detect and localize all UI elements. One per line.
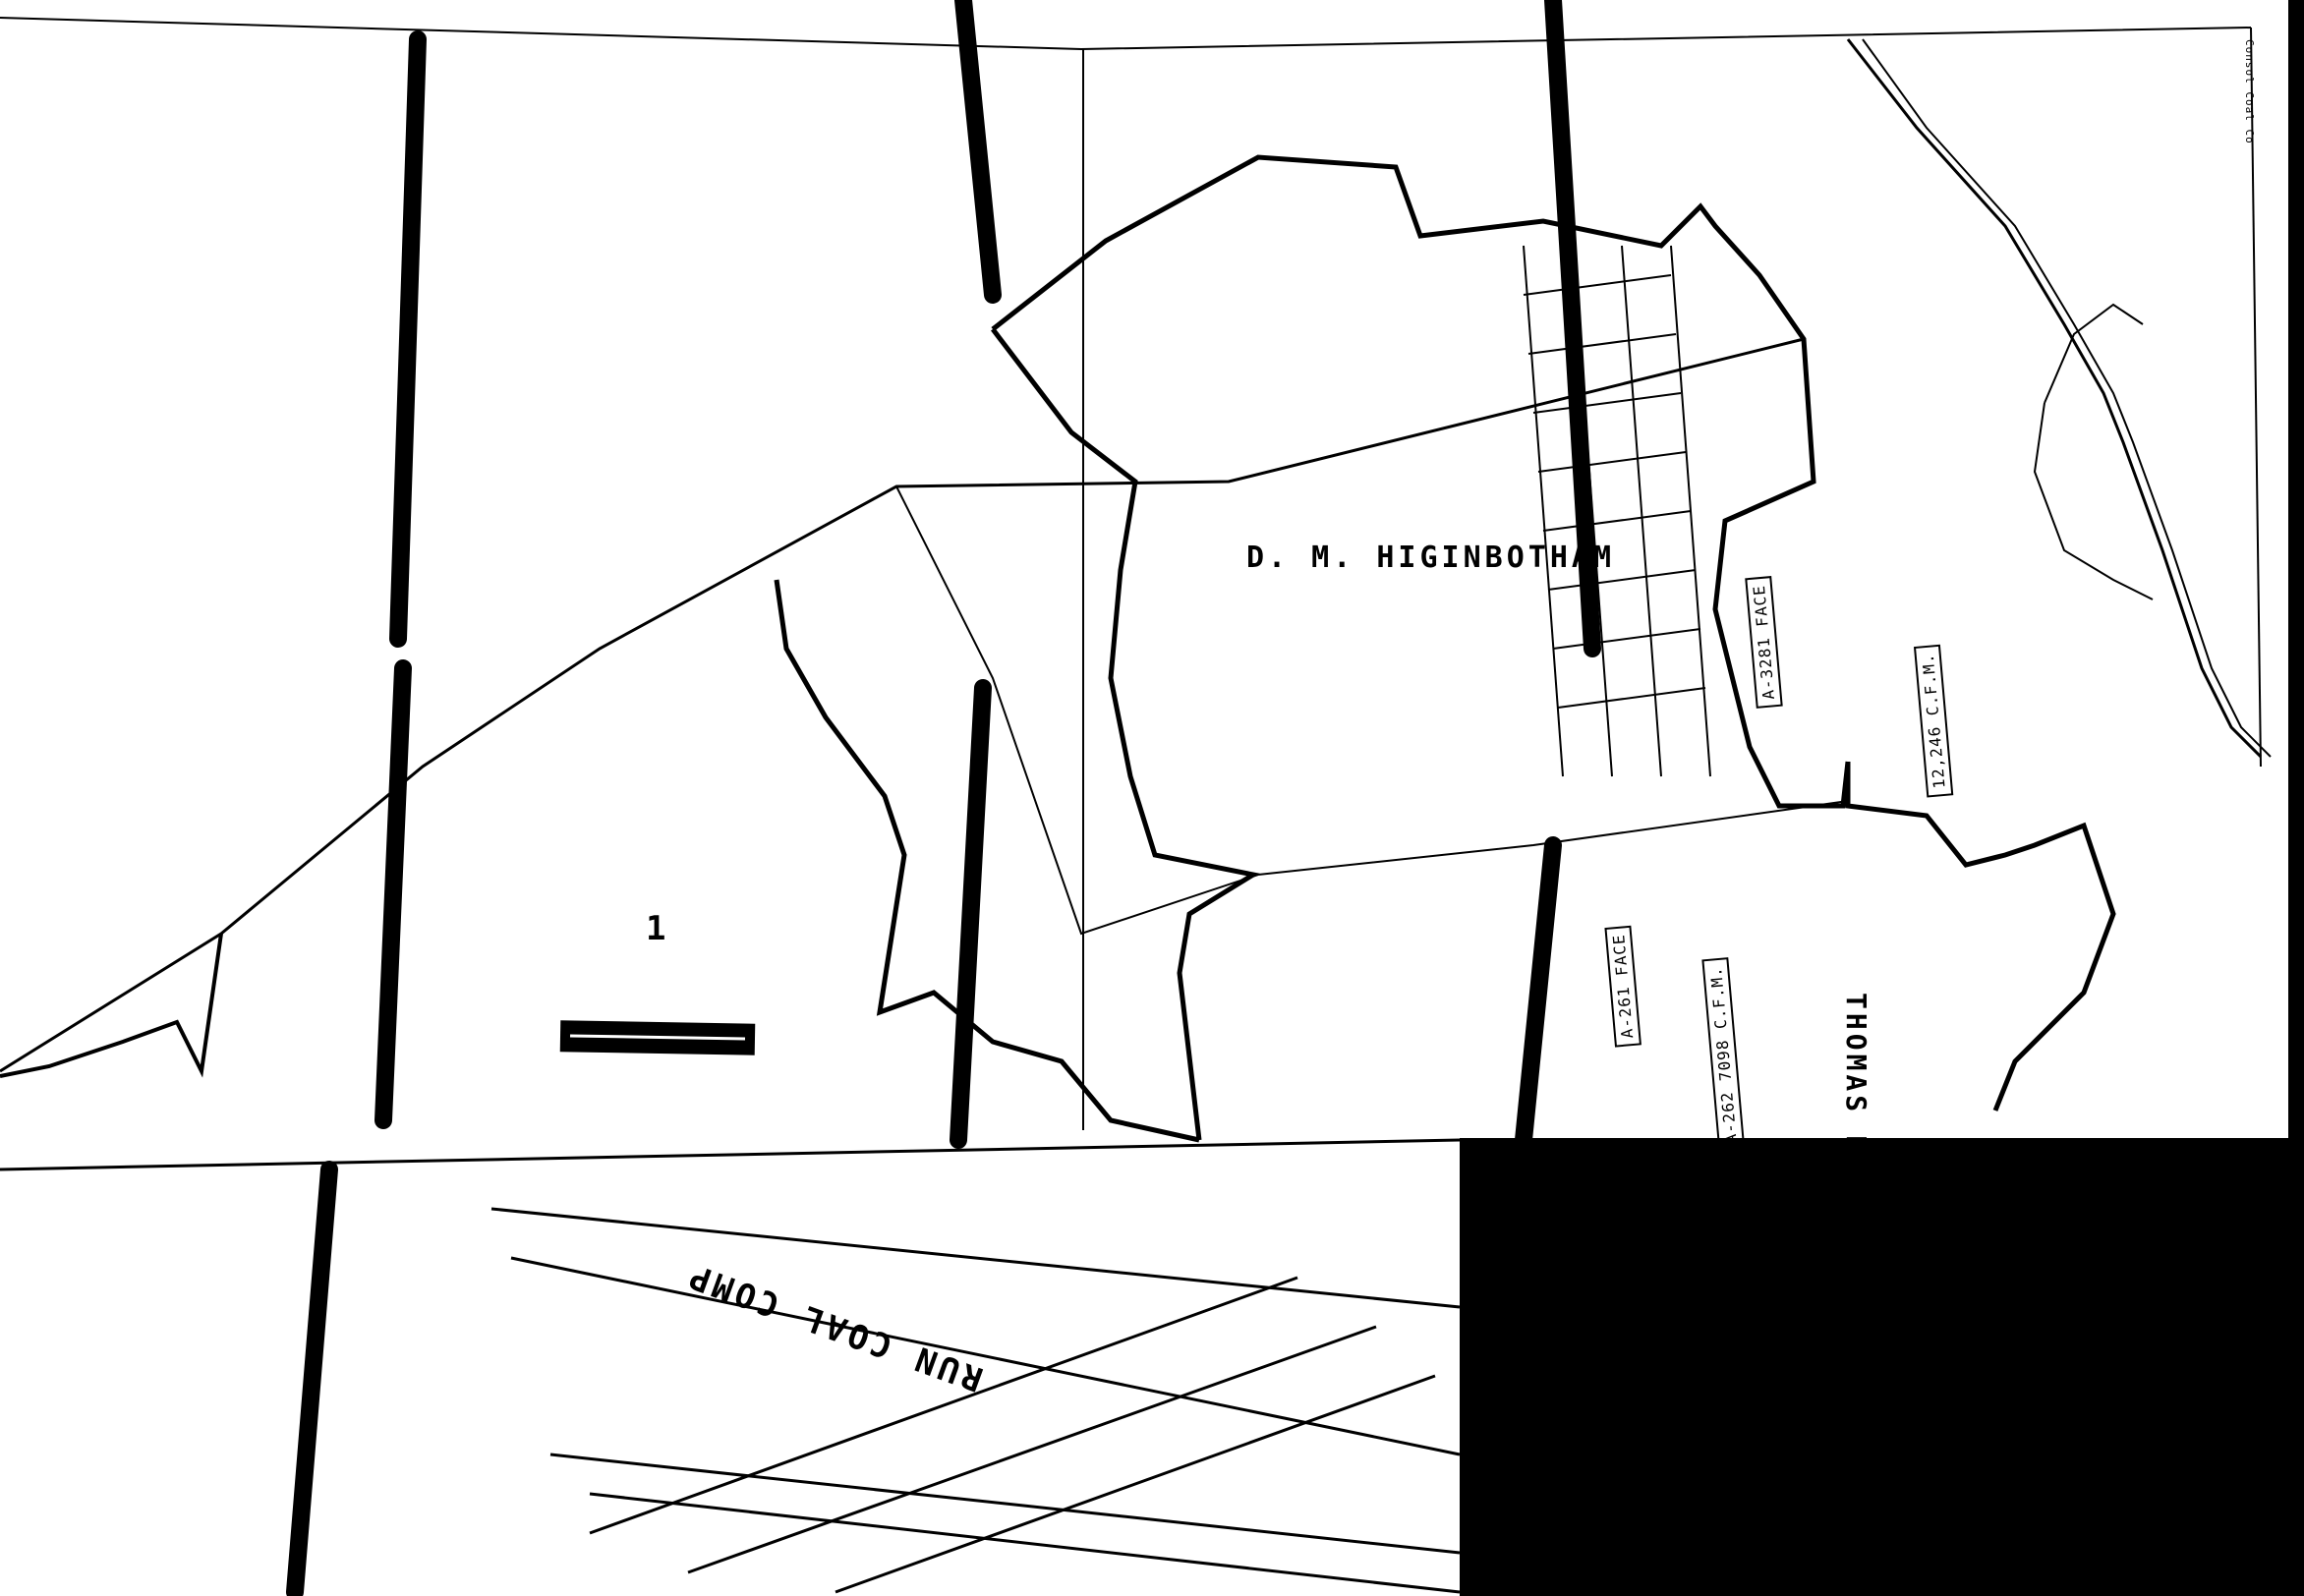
corner-note: Consol Coal Co — [2243, 39, 2256, 144]
higinbotham-boundary — [993, 157, 1848, 806]
tag-a3281-note: FACE — [1750, 584, 1772, 627]
tag-a262-id: A-262 — [1717, 1091, 1741, 1145]
tag-12246-unit: C.F.M. — [1919, 653, 1942, 716]
redacted-black-region — [1460, 1138, 2304, 1596]
tract-marker: 1 — [646, 909, 665, 948]
owner-label-higinbotham: D. M. HIGINBOTHAM — [1246, 541, 1615, 575]
tag-a261-note: FACE — [1609, 934, 1632, 977]
tag-12246-value: 12,246 — [1925, 725, 1948, 789]
tag-a261-id: A-261 — [1614, 986, 1638, 1040]
tag-a3281-id: A-3281 — [1755, 636, 1778, 700]
scan-edge-right — [2288, 0, 2304, 1596]
scale-bar — [560, 1020, 756, 1054]
